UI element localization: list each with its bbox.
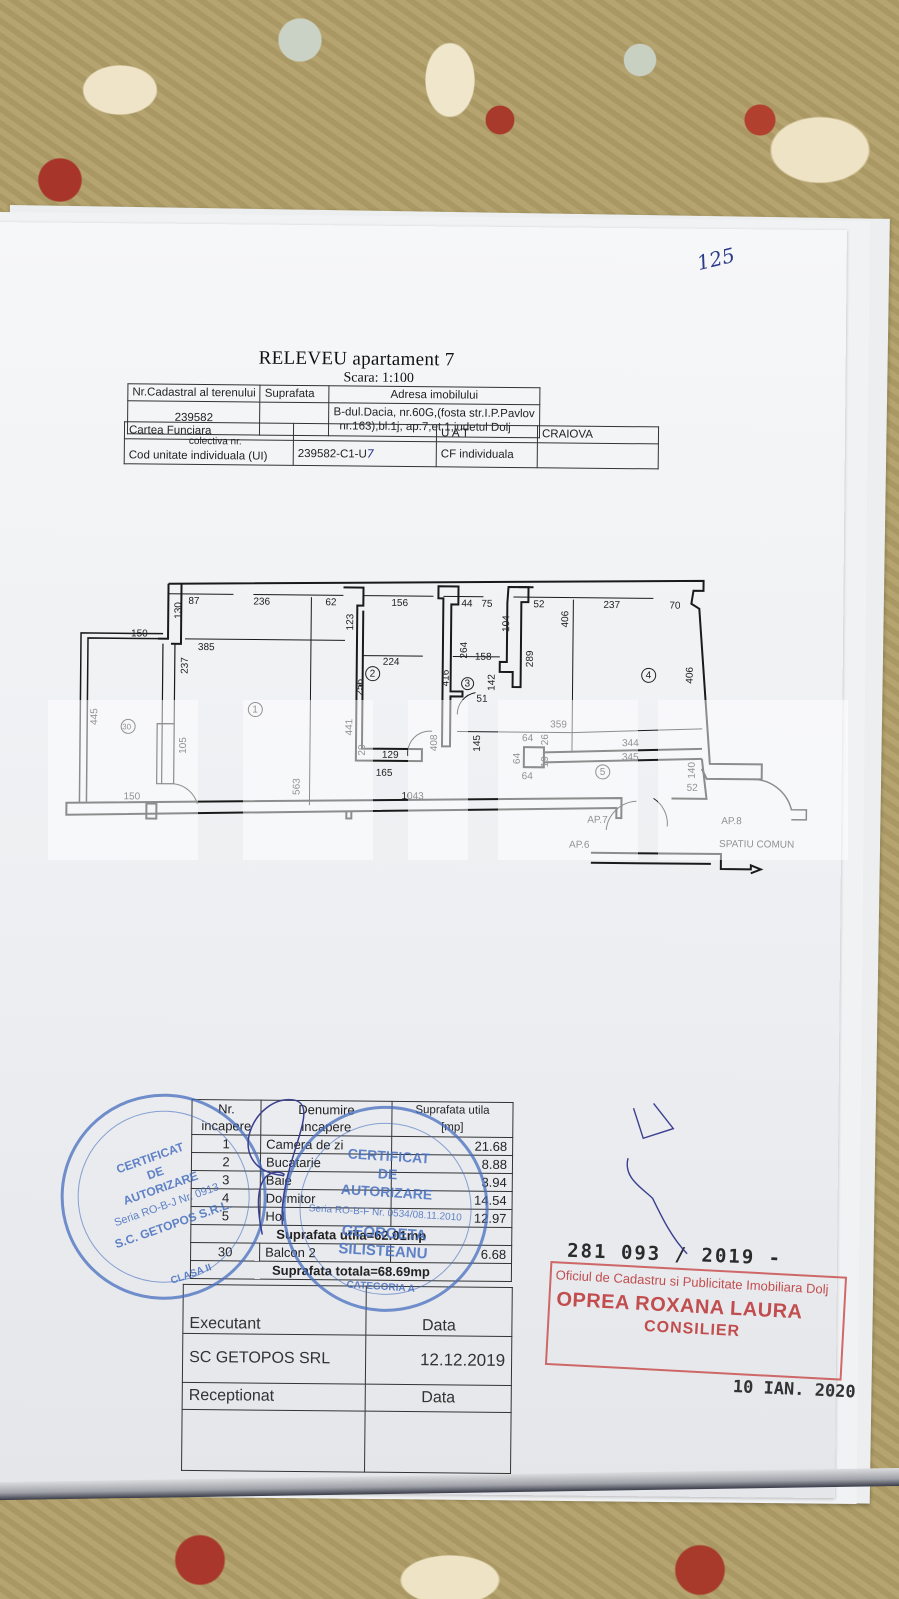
- dimension-label: 145: [472, 735, 483, 752]
- ocpi-stamp-title: CONSILIER: [644, 1318, 741, 1341]
- room-marker-2: 2: [370, 669, 376, 680]
- dimension-label: 408: [429, 734, 440, 751]
- dimension-label: 87: [188, 596, 200, 607]
- dimension-label: 289: [525, 650, 536, 667]
- consilier-signature-scribble: [602, 1098, 714, 1259]
- dimension-label: 406: [560, 610, 571, 627]
- room-marker-1: 1: [252, 705, 258, 716]
- dimension-label: 52: [687, 783, 699, 794]
- dimension-label: 64: [512, 752, 523, 764]
- label-ap6: AP.6: [569, 840, 590, 851]
- dimension-label: 142: [487, 674, 498, 691]
- dimension-label: 236: [253, 597, 270, 608]
- cod-ui-handwritten-suffix: 7: [367, 446, 374, 460]
- dimension-label: 441: [344, 718, 355, 735]
- dimension-label: 563: [292, 778, 303, 795]
- dimension-label: 158: [475, 652, 492, 663]
- room-marker-5: 5: [600, 767, 606, 778]
- dimension-label: 416: [441, 669, 452, 686]
- dimension-label: 156: [391, 598, 408, 609]
- dimension-label: 344: [622, 738, 639, 749]
- col-header-address: Adresa imobilului: [329, 386, 539, 405]
- cod-ui-value: 239582-C1-U7: [293, 440, 436, 466]
- dimension-label: 51: [476, 694, 488, 705]
- releveu-document-page: 125 RELEVEU apartament 7 Scara: 1:100 Nr…: [0, 222, 847, 1498]
- dimension-label: 406: [685, 667, 696, 684]
- room-marker-4: 4: [646, 670, 652, 681]
- label-common-space: SPATIU COMUN: [719, 839, 794, 851]
- floor-plan-drawing: 1 2 3 4 5 30 872366215644755223770130150…: [61, 563, 824, 900]
- dimension-label: 1043: [401, 791, 424, 802]
- receptionat-date-cell: [365, 1411, 512, 1473]
- executant-company: SC GETOPOS SRL: [182, 1333, 365, 1384]
- dimension-label: 150: [131, 628, 148, 639]
- dimension-label: 345: [622, 752, 639, 763]
- room-marker-30: 30: [122, 722, 132, 731]
- col-header-surface: Suprafata: [260, 385, 329, 403]
- label-ap7: AP.7: [587, 815, 608, 826]
- dimension-label: 75: [481, 599, 493, 610]
- dimension-label: 165: [376, 768, 393, 779]
- cod-ui-value-text: 239582-C1-U: [298, 447, 367, 460]
- dimension-label: 140: [687, 762, 698, 779]
- dimension-label: 64: [522, 733, 534, 744]
- dimension-label: 44: [461, 599, 473, 610]
- col-header-cadastral-number: Nr.Cadastral al terenului: [128, 384, 261, 402]
- receptionat-label: Receptionat: [182, 1382, 365, 1411]
- dimension-label: 130: [173, 602, 184, 619]
- dimension-label: 385: [198, 642, 215, 653]
- receptionat-signature-cell: [182, 1409, 366, 1472]
- dimension-label: 359: [550, 719, 567, 730]
- label-ap8: AP.8: [721, 816, 742, 827]
- cf-individuala-label: CF individuala: [436, 442, 537, 468]
- signature-table: Executant Data SC GETOPOS SRL 12.12.2019…: [181, 1284, 513, 1474]
- executant-date-value: 12.12.2019: [365, 1335, 511, 1385]
- dimension-label: 123: [345, 613, 356, 630]
- uat-value: CRAIOVA: [537, 426, 658, 444]
- ocpi-dolj-stamp: Oficiul de Cadastru si Publicitate Imobi…: [545, 1261, 847, 1381]
- dimension-label: 19: [540, 756, 551, 768]
- dimension-label: 104: [501, 615, 512, 632]
- dimension-label: 129: [382, 750, 399, 761]
- dimension-label: 105: [178, 737, 189, 754]
- dimension-label: 445: [89, 708, 100, 725]
- dimension-label: 52: [533, 599, 545, 610]
- dimension-label: 29: [357, 744, 368, 756]
- dimension-label: 224: [383, 657, 400, 668]
- received-date-stamp: 10 IAN. 2020: [732, 1377, 856, 1402]
- dimension-label: 237: [180, 657, 191, 674]
- handwritten-page-number: 125: [694, 243, 737, 275]
- cod-ui-label: colectiva nr. Cod unitate individuala (U…: [124, 439, 293, 466]
- uat-label: U A T: [436, 425, 537, 443]
- receptionat-date-label: Data: [365, 1384, 511, 1412]
- document-title: RELEVEU apartament 7: [259, 348, 455, 372]
- registry-table: Cartea Funciara U A T CRAIOVA colectiva …: [124, 421, 659, 469]
- dimension-label: 264: [459, 641, 470, 658]
- dimension-label: 62: [325, 597, 337, 608]
- dimension-label: 70: [669, 601, 681, 612]
- dimension-label: 150: [123, 791, 140, 802]
- dimension-label: 237: [603, 600, 620, 611]
- cod-ui-label-text: Cod unitate individuala (UI): [129, 448, 289, 464]
- dimension-label: 26: [540, 734, 551, 746]
- dimension-label: 256: [354, 678, 365, 695]
- carte-funciara-value: [293, 423, 436, 441]
- cf-individuala-value: [537, 443, 658, 469]
- dimension-label: 64: [522, 771, 534, 782]
- room-marker-3: 3: [465, 679, 471, 690]
